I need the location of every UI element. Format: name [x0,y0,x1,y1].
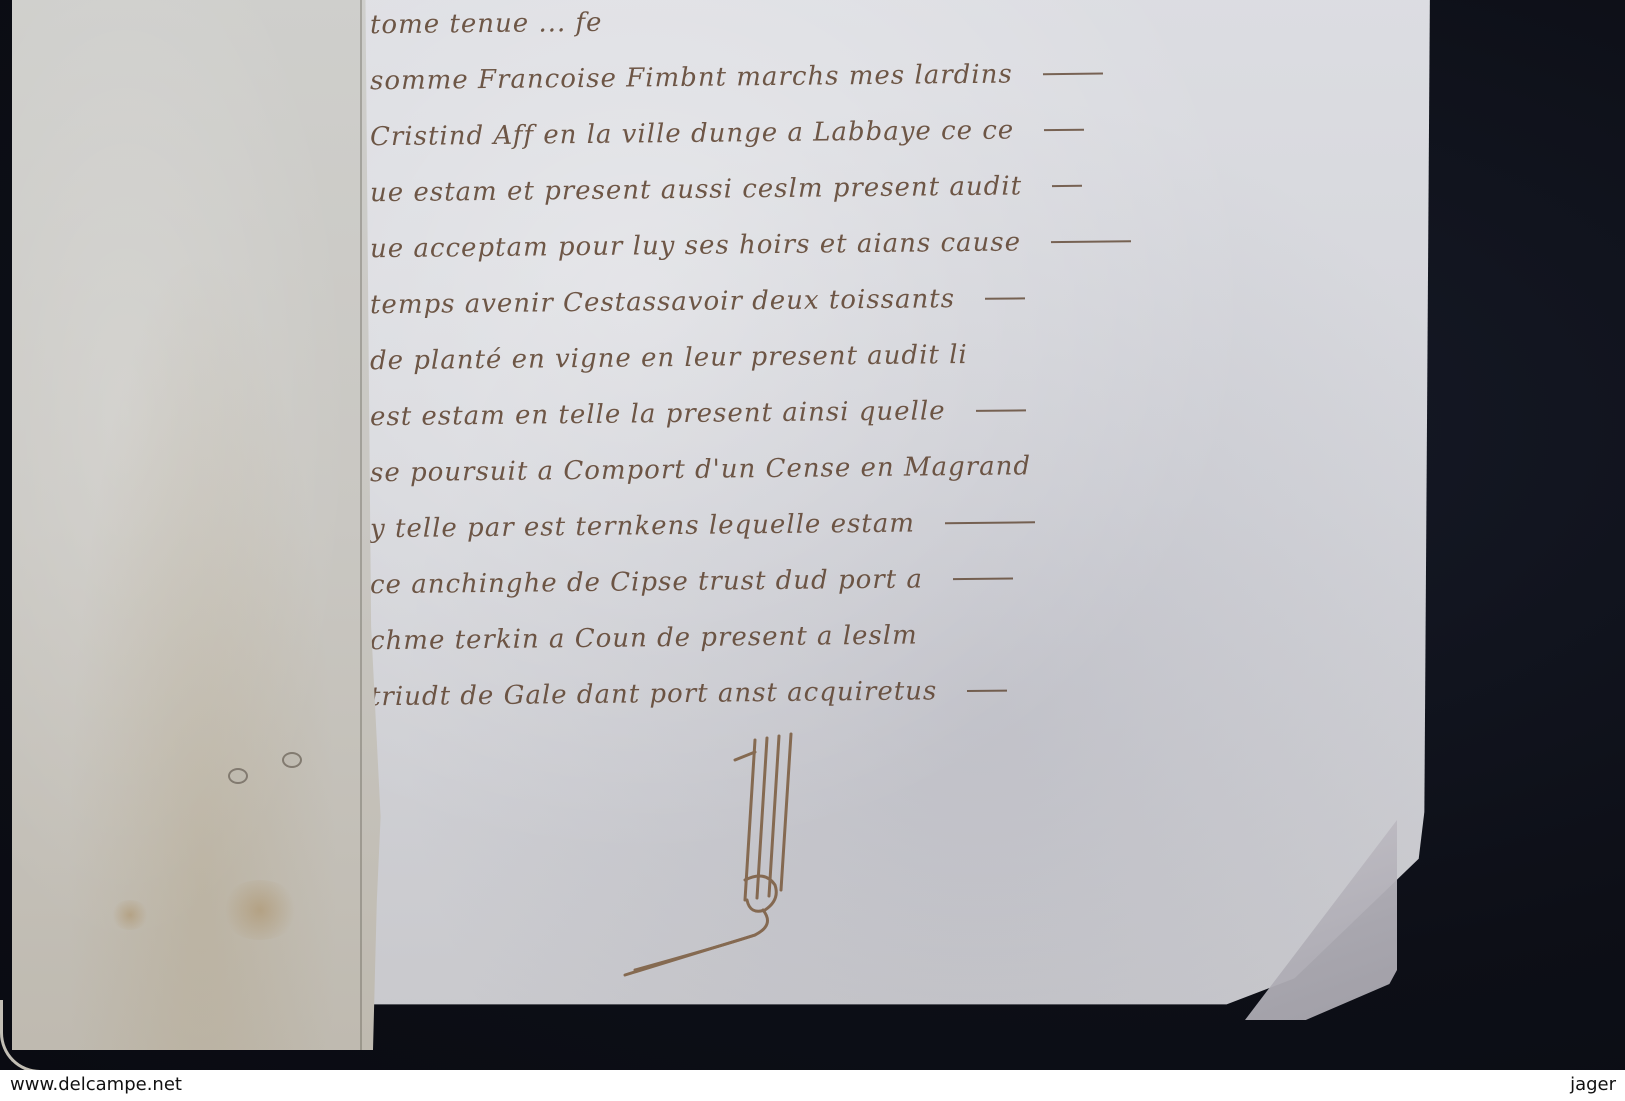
line-filler-dash [1052,185,1082,187]
handwriting-line: ce anchinghe de Cipse trust dud port a [370,547,1371,613]
age-stain [110,900,150,930]
handwriting-line: est estam en telle la present ainsi quel… [370,379,1371,445]
handwriting-line: temps avenir Cestassavoir deux toissants [370,267,1371,333]
line-filler-dash [967,690,1007,692]
site-watermark: www.delcampe.net [10,1074,182,1095]
handwriting-line: somme Francoise Fimbnt marchs mes lardin… [370,43,1371,109]
flap-edge [360,0,362,1050]
folded-left-flap [12,0,392,1050]
seller-name: jager [1570,1074,1616,1095]
puncture-hole [282,752,302,768]
handwriting-line: chme terkin a Coun de present a leslm [370,603,1371,669]
line-filler-dash [976,409,1026,412]
manuscript-photo: tome tenue ... fe somme Francoise Fimbnt… [0,0,1625,1070]
handwriting-line: ue estam et present aussi ceslm present … [370,155,1371,221]
line-filler-dash [1044,129,1084,131]
handwriting-line: Cristind Aff en la ville dunge a Labbaye… [370,99,1371,165]
signature-paraph-icon [605,720,805,980]
handwriting-line: y telle par est ternkens lequelle estam [370,491,1371,557]
line-filler-dash [1043,73,1103,76]
line-filler-dash [945,521,1035,524]
binding-cord [0,1000,133,1070]
handwriting-line: se poursuit a Comport d'un Cense en Magr… [370,435,1371,501]
handwriting-line: triudt de Gale dant port anst acquiretus [370,659,1371,725]
handwriting-line: ue acceptam pour luy ses hoirs et aians … [370,211,1371,277]
line-filler-dash [985,297,1025,299]
line-filler-dash [953,578,1013,581]
puncture-hole [228,768,248,784]
handwritten-text-block: tome tenue ... fe somme Francoise Fimbnt… [370,0,1370,720]
handwriting-line: de planté en vigne en leur present audit… [370,323,1371,389]
line-filler-dash [1051,240,1131,243]
age-stain [220,880,300,940]
caption-bar: www.delcampe.net jager [0,1070,1625,1101]
